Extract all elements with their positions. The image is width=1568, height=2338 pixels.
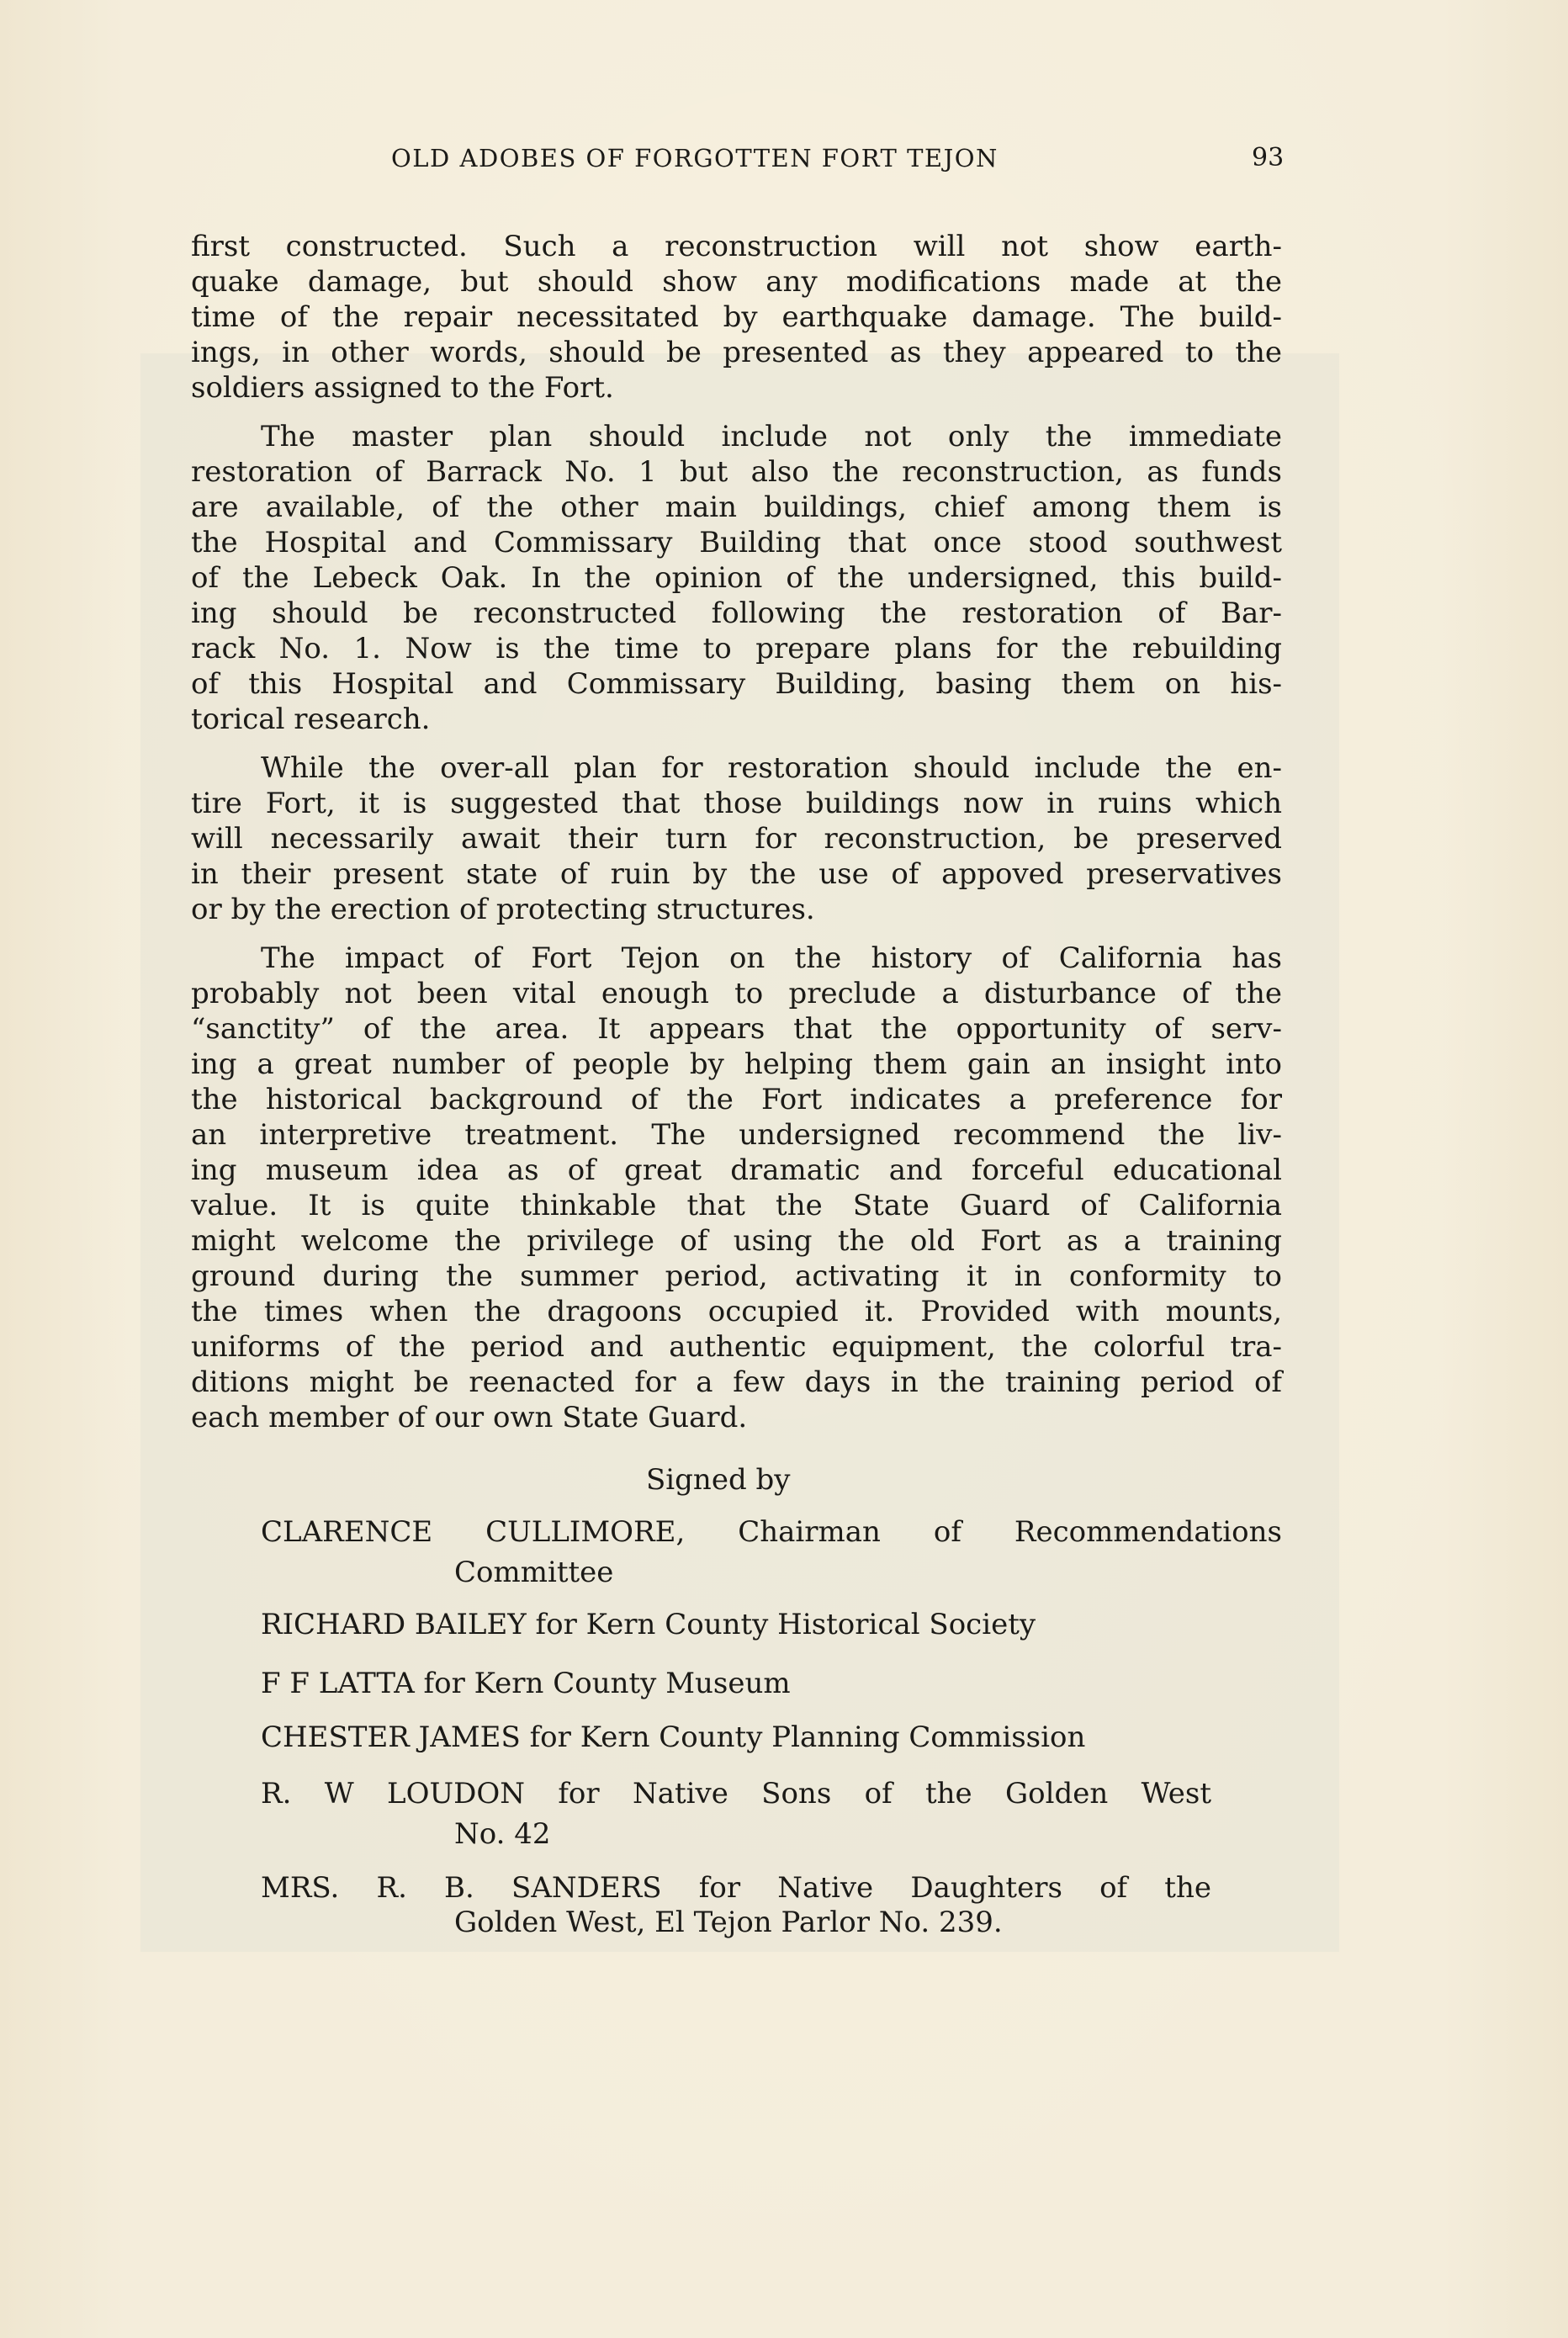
signatory-loudon-cont: No. 42 bbox=[454, 1816, 551, 1852]
text-line: quake damage, but should show any modifi… bbox=[191, 264, 1282, 300]
signatory-cullimore-cont: Committee bbox=[454, 1555, 613, 1590]
signatory-bailey: RICHARD BAILEY for Kern County Historica… bbox=[261, 1607, 1036, 1642]
text-line: might welcome the privilege of using the… bbox=[191, 1223, 1282, 1259]
text-line: probably not been vital enough to preclu… bbox=[191, 976, 1282, 1011]
text-line: soldiers assigned to the Fort. bbox=[191, 370, 1282, 406]
text-line: are available, of the other main buildin… bbox=[191, 490, 1282, 525]
text-line: the times when the dragoons occupied it.… bbox=[191, 1294, 1282, 1329]
running-head: OLD ADOBES OF FORGOTTEN FORT TEJON bbox=[391, 145, 999, 172]
signatory-cullimore: CLARENCE CULLIMORE, Chairman of Recommen… bbox=[261, 1514, 1282, 1550]
text-line: uniforms of the period and authentic equ… bbox=[191, 1329, 1282, 1365]
text-line: an interpretive treatment. The undersign… bbox=[191, 1117, 1282, 1153]
signatory-james: CHESTER JAMES for Kern County Planning C… bbox=[261, 1720, 1085, 1755]
text-line: While the over-all plan for restoration … bbox=[261, 750, 1282, 786]
signatory-latta: F F LATTA for Kern County Museum bbox=[261, 1666, 791, 1701]
text-line: first constructed. Such a reconstruction… bbox=[191, 229, 1282, 264]
text-line: in their present state of ruin by the us… bbox=[191, 856, 1282, 892]
text-line: ings, in other words, should be presente… bbox=[191, 335, 1282, 370]
text-line: ground during the summer period, activat… bbox=[191, 1259, 1282, 1294]
text-line: ing museum idea as of great dramatic and… bbox=[191, 1153, 1282, 1188]
text-line: rack No. 1. Now is the time to prepare p… bbox=[191, 631, 1282, 666]
signatory-loudon: R. W LOUDON for Native Sons of the Golde… bbox=[261, 1776, 1211, 1811]
text-line: ing should be reconstructed following th… bbox=[191, 596, 1282, 631]
text-line: The impact of Fort Tejon on the history … bbox=[261, 941, 1282, 976]
page-number: 93 bbox=[1252, 145, 1284, 172]
text-line: will necessarily await their turn for re… bbox=[191, 821, 1282, 856]
text-line: the historical background of the Fort in… bbox=[191, 1082, 1282, 1117]
text-line: ing a great number of people by helping … bbox=[191, 1047, 1282, 1082]
text-line: ditions might be reenacted for a few day… bbox=[191, 1365, 1282, 1400]
text-line: each member of our own State Guard. bbox=[191, 1400, 1282, 1435]
text-line: the Hospital and Commissary Building tha… bbox=[191, 525, 1282, 560]
text-line: restoration of Barrack No. 1 but also th… bbox=[191, 454, 1282, 490]
text-line: or by the erection of protecting structu… bbox=[191, 892, 1282, 927]
text-line: tire Fort, it is suggested that those bu… bbox=[191, 786, 1282, 821]
text-line: “sanctity” of the area. It appears that … bbox=[191, 1011, 1282, 1047]
text-line: of this Hospital and Commissary Building… bbox=[191, 666, 1282, 702]
text-line: value. It is quite thinkable that the St… bbox=[191, 1188, 1282, 1223]
text-line: time of the repair necessitated by earth… bbox=[191, 300, 1282, 335]
text-line: torical research. bbox=[191, 702, 1282, 737]
text-line: The master plan should include not only … bbox=[261, 419, 1282, 454]
signed-by-heading: Signed by bbox=[646, 1462, 791, 1498]
signatory-sanders-cont: Golden West, El Tejon Parlor No. 239. bbox=[454, 1905, 1003, 1940]
text-line: of the Lebeck Oak. In the opinion of the… bbox=[191, 560, 1282, 596]
signatory-sanders: MRS. R. B. SANDERS for Native Daughters … bbox=[261, 1870, 1211, 1906]
